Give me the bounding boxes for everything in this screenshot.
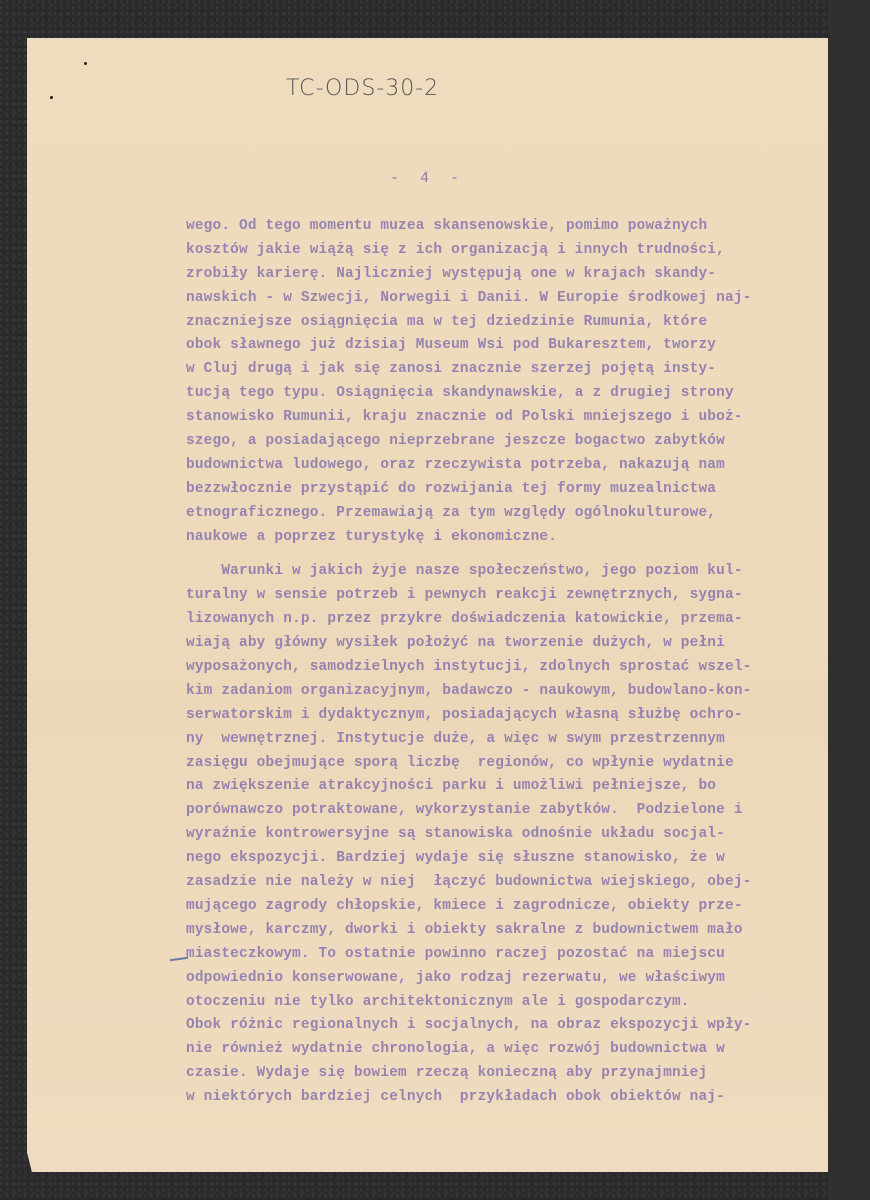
text-line: lizowanych n.p. przez przykre doświadcze…: [186, 608, 826, 632]
text-line: obok sławnego już dzisiaj Museum Wsi pod…: [186, 334, 826, 358]
text-line: zrobiły karierę. Najliczniej występują o…: [186, 263, 826, 287]
text-line: wyposażonych, samodzielnych instytucji, …: [186, 656, 826, 680]
text-line: mysłowe, karczmy, dworki i obiekty sakra…: [186, 919, 826, 943]
text-line: budownictwa ludowego, oraz rzeczywista p…: [186, 454, 826, 478]
text-line: stanowisko Rumunii, kraju znacznie od Po…: [186, 406, 826, 430]
text-line: ny wewnętrznej. Instytucje duże, a więc …: [186, 728, 826, 752]
text-line: mującego zagrody chłopskie, kmiece i zag…: [186, 895, 826, 919]
text-line: znaczniejsze osiągnięcia ma w tej dziedz…: [186, 311, 826, 335]
text-line: w niektórych bardziej celnych przykładac…: [186, 1086, 826, 1110]
text-line: serwatorskim i dydaktycznym, posiadający…: [186, 704, 826, 728]
scanner-background-strip: [828, 0, 870, 1200]
text-line: szego, a posiadającego nieprzebrane jesz…: [186, 430, 826, 454]
text-line: wego. Od tego momentu muzea skansenowski…: [186, 215, 826, 239]
page-number: - 4 -: [390, 170, 465, 187]
text-line: porównawczo potraktowane, wykorzystanie …: [186, 799, 826, 823]
text-line: wyraźnie kontrowersyjne są stanowiska od…: [186, 823, 826, 847]
text-line: Obok różnic regionalnych i socjalnych, n…: [186, 1014, 826, 1038]
text-line: Warunki w jakich żyje nasze społeczeństw…: [186, 560, 826, 584]
text-line: na zwiększenie atrakcyjności parku i umo…: [186, 775, 826, 799]
text-line: zasadzie nie należy w niej łączyć budown…: [186, 871, 826, 895]
text-line: naukowe a poprzez turystykę i ekonomiczn…: [186, 526, 826, 550]
text-line: otoczeniu nie tylko architektonicznym al…: [186, 991, 826, 1015]
text-line: kim zadaniom organizacyjnym, badawczo - …: [186, 680, 826, 704]
paragraph: Warunki w jakich żyje nasze społeczeństw…: [186, 560, 826, 1109]
text-line: nego ekspozycji. Bardziej wydaje się słu…: [186, 847, 826, 871]
text-line: turalny w sensie potrzeb i pewnych reakc…: [186, 584, 826, 608]
text-line: zasięgu obejmujące sporą liczbę regionów…: [186, 752, 826, 776]
paragraph: wego. Od tego momentu muzea skansenowski…: [186, 215, 826, 549]
text-line: kosztów jakie wiążą się z ich organizacj…: [186, 239, 826, 263]
text-line: tucją tego typu. Osiągnięcia skandynawsk…: [186, 382, 826, 406]
text-line: w Cluj drugą i jak się zanosi znacznie s…: [186, 358, 826, 382]
typewritten-body: wego. Od tego momentu muzea skansenowski…: [186, 215, 826, 1110]
text-line: bezzwłocznie przystąpić do rozwijania te…: [186, 478, 826, 502]
text-line: miasteczkowym. To ostatnie powinno racze…: [186, 943, 826, 967]
text-line: nawskich - w Szwecji, Norwegii i Danii. …: [186, 287, 826, 311]
text-line: czasie. Wydaje się bowiem rzeczą koniecz…: [186, 1062, 826, 1086]
handwritten-reference: TC-ODS-30-2: [286, 76, 439, 101]
text-line: nie również wydatnie chronologia, a więc…: [186, 1038, 826, 1062]
pin-hole: [50, 96, 53, 99]
text-line: wiają aby główny wysiłek położyć na twor…: [186, 632, 826, 656]
pin-hole: [84, 62, 87, 65]
text-line: etnograficznego. Przemawiają za tym wzgl…: [186, 502, 826, 526]
text-line: odpowiednio konserwowane, jako rodzaj re…: [186, 967, 826, 991]
